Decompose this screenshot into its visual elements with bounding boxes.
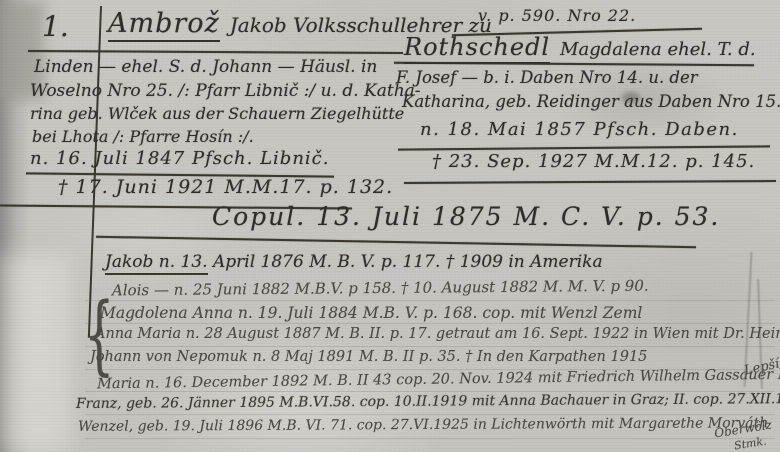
child-row-jakob: Jakob n. 13. April 1876 M. B. V. p. 117.… bbox=[105, 252, 603, 272]
groom-header-rule bbox=[28, 50, 403, 54]
guide-line bbox=[85, 300, 775, 301]
bride-header-rest: Magdalena ehel. T. d. bbox=[560, 39, 756, 60]
groom-line-3: Woselno Nro 25. /: Pfarr Libnič :/ u. d.… bbox=[30, 81, 421, 101]
child-text: Alois — n. 25 Juni 1882 M.B.V. p 158. † … bbox=[112, 277, 649, 300]
guide-line bbox=[85, 438, 775, 439]
groom-line-4: rina geb. Wlček aus der Schauern Ziegelh… bbox=[30, 104, 404, 123]
bottom-left-light-patch bbox=[0, 255, 70, 452]
child-text: Wenzel, geb. 19. Juli 1896 M.B. VI. 71. … bbox=[78, 415, 768, 435]
groom-birth-line: n. 16. Juli 1847 Pfsch. Libnič. bbox=[30, 148, 329, 169]
child-text: Anna Maria n. 28 August 1887 M. B. II. p… bbox=[95, 326, 780, 342]
child-text: Magdolena Anna n. 19. Juli 1884 M.B. V. … bbox=[100, 304, 642, 322]
entry-number: 1. bbox=[42, 10, 69, 43]
bride-death-line: † 23. Sep. 1927 M.M.12. p. 145. bbox=[432, 151, 755, 172]
bride-reference: v. p. 590. Nro 22. bbox=[478, 6, 636, 25]
groom-death-line: † 17. Juni 1921 M.M.17. p. 132. bbox=[58, 176, 393, 198]
guide-line bbox=[85, 323, 775, 324]
bride-surname: Rothschedl bbox=[404, 33, 550, 64]
groom-line-5: bei Lhota /: Pfarre Hosín :/. bbox=[32, 127, 254, 146]
register-page-scan: 1. Ambrož Jakob Volksschullehrer zu Lind… bbox=[0, 0, 780, 452]
bride-line-3: Katharina, geb. Reidinger aus Daben Nro … bbox=[402, 92, 780, 111]
marriage-underline bbox=[96, 236, 696, 248]
guide-line bbox=[85, 346, 775, 347]
bride-line-2: F. Josef — b. i. Daben Nro 14. u. der bbox=[396, 68, 698, 87]
child-row-anna-maria: Anna Maria n. 28 August 1887 M. B. II. p… bbox=[95, 326, 780, 342]
bride-header: Rothschedl Magdalena ehel. T. d. bbox=[404, 33, 756, 64]
child-text: Franz, geb. 26. Jänner 1895 M.B.VI.58. c… bbox=[76, 390, 780, 412]
child-row-franz: Franz, geb. 26. Jänner 1895 M.B.VI.58. c… bbox=[76, 390, 780, 412]
child-row-johann: Johann von Nepomuk n. 8 Maj 1891 M. B. I… bbox=[90, 349, 647, 365]
child-row-alois: Alois — n. 25 Juni 1882 M.B.V. p 158. † … bbox=[112, 277, 649, 300]
child-row-wenzel: Wenzel, geb. 19. Juli 1896 M.B. VI. 71. … bbox=[78, 415, 768, 435]
bride-death-underline bbox=[404, 180, 776, 184]
bride-birth-line: n. 18. Mai 1857 Pfsch. Daben. bbox=[420, 119, 739, 140]
bride-birth-underline bbox=[398, 145, 770, 150]
child-text: Johann von Nepomuk n. 8 Maj 1891 M. B. I… bbox=[90, 349, 647, 365]
groom-surname: Ambrož bbox=[108, 8, 220, 42]
child-lead: Jakob n. 13. bbox=[105, 252, 208, 275]
groom-line-2: Linden — ehel. S. d. Johann — Häusl. in bbox=[34, 57, 377, 77]
marriage-line: Copul. 13. Juli 1875 M. C. V. p. 53. bbox=[212, 202, 720, 231]
child-row-magdolena: Magdolena Anna n. 19. Juli 1884 M.B. V. … bbox=[100, 304, 642, 322]
page-left-edge-shadow bbox=[0, 0, 30, 452]
child-text: April 1876 M. B. V. p. 117. † 1909 in Am… bbox=[208, 252, 603, 272]
